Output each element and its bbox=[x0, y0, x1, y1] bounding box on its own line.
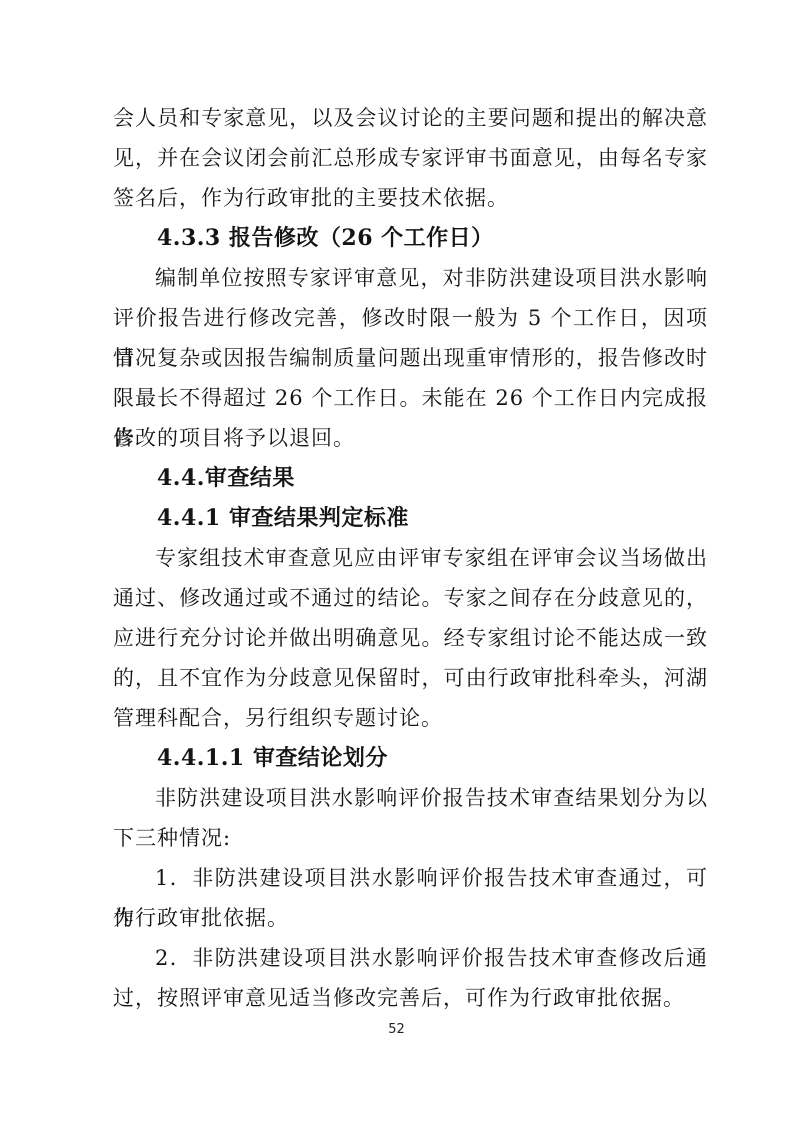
text-line: 过，按照评审意见适当修改完善后，可作为行政审批依据。 bbox=[113, 978, 708, 1018]
heading: 4.4.1.1 审查结论划分 bbox=[113, 738, 708, 778]
list-item: 1．非防洪建设项目洪水影响评价报告技术审查通过，可作为行政审批依据。 bbox=[113, 858, 708, 938]
text-line: 的，且不宜作为分歧意见保留时，可由行政审批科牵头，河湖 bbox=[113, 658, 708, 698]
page-content: 会人员和专家意见，以及会议讨论的主要问题和提出的解决意见，并在会议闭会前汇总形成… bbox=[113, 98, 708, 1018]
text-line: 专家组技术审查意见应由评审专家组在评审会议当场做出 bbox=[113, 538, 708, 578]
text-line: 为行政审批依据。 bbox=[113, 898, 708, 938]
text-line: 编制单位按照专家评审意见，对非防洪建设项目洪水影响 bbox=[113, 258, 708, 298]
text-line: 下三种情况: bbox=[113, 818, 708, 858]
heading: 4.4.审查结果 bbox=[113, 458, 708, 498]
heading-text: 4.3.3 报告修改（26 个工作日） bbox=[113, 218, 708, 258]
text-line: 非防洪建设项目洪水影响评价报告技术审查结果划分为以 bbox=[113, 778, 708, 818]
heading: 4.4.1 审查结果判定标准 bbox=[113, 498, 708, 538]
text-line: 修改的项目将予以退回。 bbox=[113, 418, 708, 458]
heading-text: 4.4.1 审查结果判定标准 bbox=[113, 498, 708, 538]
document-page: 会人员和专家意见，以及会议讨论的主要问题和提出的解决意见，并在会议闭会前汇总形成… bbox=[0, 0, 793, 1122]
paragraph: 专家组技术审查意见应由评审专家组在评审会议当场做出通过、修改通过或不通过的结论。… bbox=[113, 538, 708, 738]
text-line: 应进行充分讨论并做出明确意见。经专家组讨论不能达成一致 bbox=[113, 618, 708, 658]
paragraph: 会人员和专家意见，以及会议讨论的主要问题和提出的解决意见，并在会议闭会前汇总形成… bbox=[113, 98, 708, 218]
text-line: 限最长不得超过 26 个工作日。未能在 26 个工作日内完成报告 bbox=[113, 378, 708, 418]
text-line: 见，并在会议闭会前汇总形成专家评审书面意见，由每名专家 bbox=[113, 138, 708, 178]
list-item: 2．非防洪建设项目洪水影响评价报告技术审查修改后通过，按照评审意见适当修改完善后… bbox=[113, 938, 708, 1018]
text-line: 签名后，作为行政审批的主要技术依据。 bbox=[113, 178, 708, 218]
heading-text: 4.4.1.1 审查结论划分 bbox=[113, 738, 708, 778]
text-line: 1．非防洪建设项目洪水影响评价报告技术审查通过，可作 bbox=[113, 858, 708, 898]
paragraph: 非防洪建设项目洪水影响评价报告技术审查结果划分为以下三种情况: bbox=[113, 778, 708, 858]
text-line: 2．非防洪建设项目洪水影响评价报告技术审查修改后通 bbox=[113, 938, 708, 978]
text-line: 管理科配合，另行组织专题讨论。 bbox=[113, 698, 708, 738]
text-line: 通过、修改通过或不通过的结论。专家之间存在分歧意见的， bbox=[113, 578, 708, 618]
paragraph: 编制单位按照专家评审意见，对非防洪建设项目洪水影响评价报告进行修改完善，修改时限… bbox=[113, 258, 708, 458]
text-line: 会人员和专家意见，以及会议讨论的主要问题和提出的解决意 bbox=[113, 98, 708, 138]
page-number: 52 bbox=[0, 1022, 793, 1037]
text-line: 情况复杂或因报告编制质量问题出现重审情形的，报告修改时 bbox=[113, 338, 708, 378]
heading: 4.3.3 报告修改（26 个工作日） bbox=[113, 218, 708, 258]
text-line: 评价报告进行修改完善，修改时限一般为 5 个工作日，因项目 bbox=[113, 298, 708, 338]
heading-text: 4.4.审查结果 bbox=[113, 458, 708, 498]
